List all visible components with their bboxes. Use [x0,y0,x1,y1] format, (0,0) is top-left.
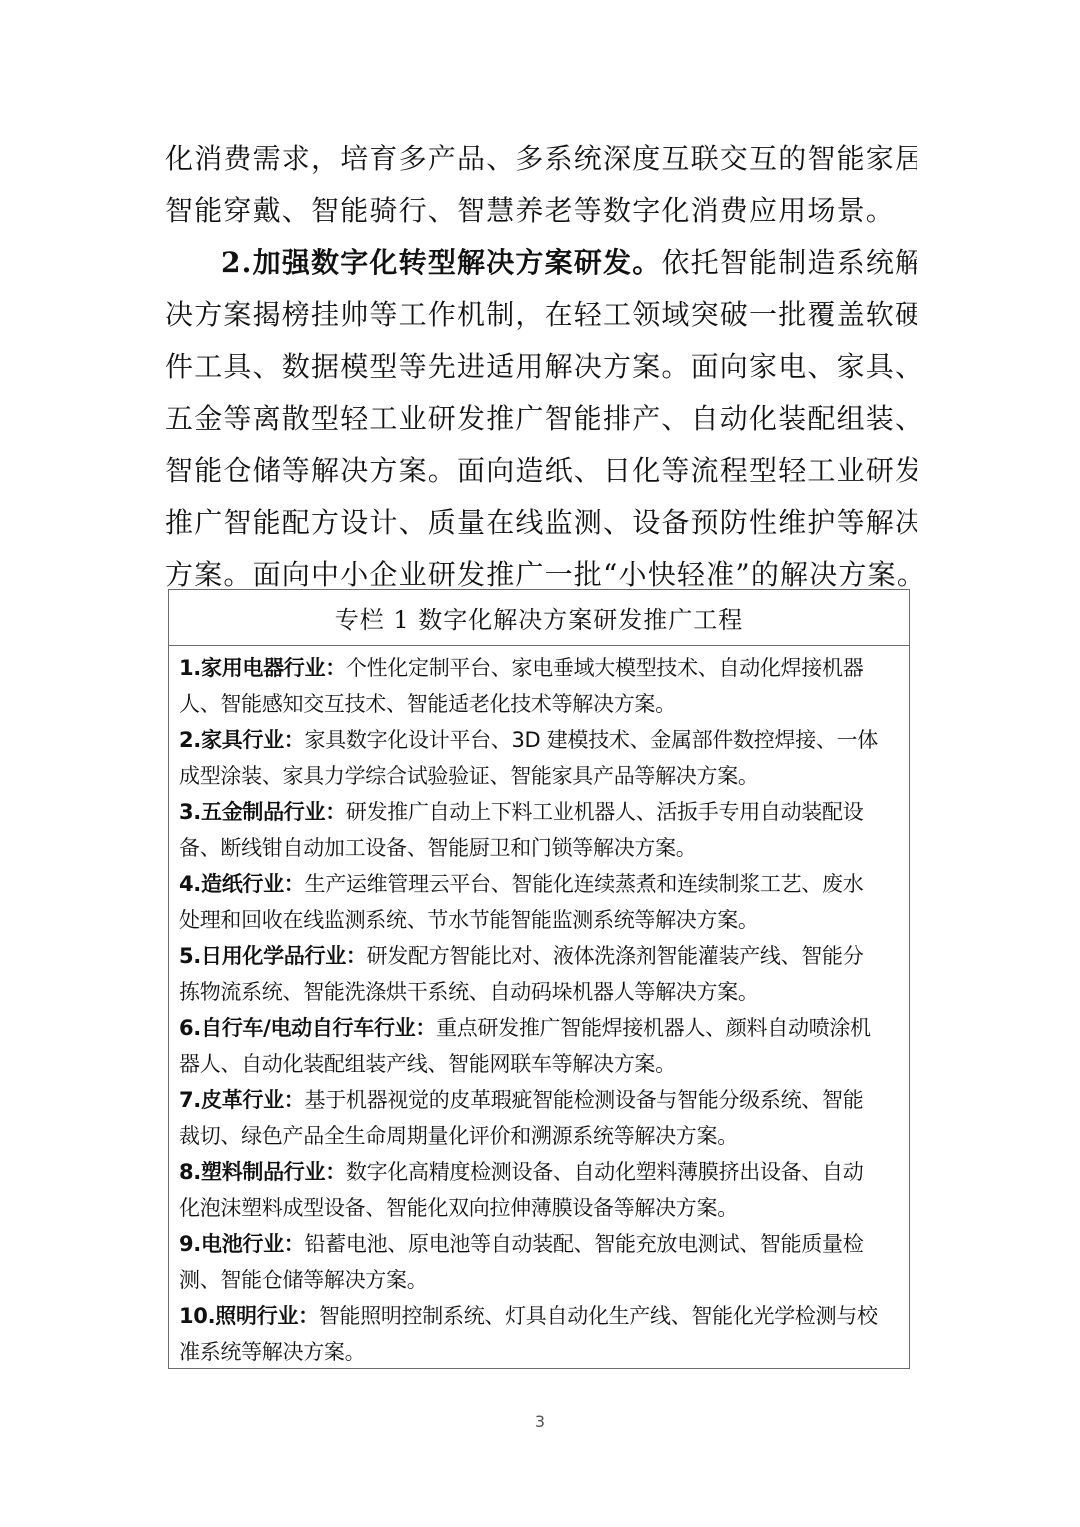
item-line: 拣物流系统、智能洗涤烘干系统、自动码垛机器人等解决方案。 [179,974,899,1010]
box-item: 1.家用电器行业：个性化定制平台、家电垂域大模型技术、自动化焊接机器 人、智能感… [179,650,899,722]
item-line: 9.电池行业：铅蓄电池、原电池等自动装配、智能充放电测试、智能质量检 [179,1226,899,1262]
item-lead: 1.家用电器行业： [179,656,346,680]
item-lead: 6.自行车/电动自行车行业： [179,1016,436,1040]
item-line: 化泡沫塑料成型设备、智能化双向拉伸薄膜设备等解决方案。 [179,1190,899,1226]
item-lead: 2.家具行业： [179,728,305,752]
item-line: 器人、自动化装配组装产线、智能网联车等解决方案。 [179,1046,899,1082]
item-text: 数字化高精度检测设备、自动化塑料薄膜挤出设备、自动 [346,1160,864,1184]
item-line: 8.塑料制品行业：数字化高精度检测设备、自动化塑料薄膜挤出设备、自动 [179,1154,899,1190]
box-item: 5.日用化学品行业：研发配方智能比对、液体洗涤剂智能灌装产线、智能分 拣物流系统… [179,938,899,1010]
item-line: 裁切、绿色产品全生命周期量化评价和溯源系统等解决方案。 [179,1118,899,1154]
item-line: 测、智能仓储等解决方案。 [179,1262,899,1298]
intro-paragraph: 化消费需求，培育多产品、多系统深度互联交互的智能家居、 智能穿戴、智能骑行、智慧… [165,133,917,237]
text-run: 依托智能制造系统解 [661,246,917,279]
item-line: 准系统等解决方案。 [179,1334,899,1370]
item-text: 智能照明控制系统、灯具自动化生产线、智能化光学检测与校 [319,1304,878,1328]
item-text: 研发推广自动上下料工业机器人、活扳手专用自动装配设 [346,800,864,824]
sidebar-box-column-1: 专栏 1 数字化解决方案研发推广工程 1.家用电器行业：个性化定制平台、家电垂域… [168,589,910,1369]
item-text: 基于机器视觉的皮革瑕疵智能检测设备与智能分级系统、智能 [305,1088,864,1112]
item-lead: 10.照明行业： [179,1304,319,1328]
item-line: 处理和回收在线监测系统、节水节能智能监测系统等解决方案。 [179,902,899,938]
box-item: 8.塑料制品行业：数字化高精度检测设备、自动化塑料薄膜挤出设备、自动 化泡沫塑料… [179,1154,899,1226]
item-lead: 5.日用化学品行业： [179,944,367,968]
section-2-paragraph: 2.加强数字化转型解决方案研发。依托智能制造系统解 决方案揭榜挂帅等工作机制，在… [165,237,917,601]
page-number: 3 [0,1412,1080,1431]
box-title: 专栏 1 数字化解决方案研发推广工程 [169,590,909,646]
document-page: 化消费需求，培育多产品、多系统深度互联交互的智能家居、 智能穿戴、智能骑行、智慧… [0,0,1080,1527]
item-text: 研发配方智能比对、液体洗涤剂智能灌装产线、智能分 [367,944,864,968]
item-line: 成型涂装、家具力学综合试验验证、智能家具产品等解决方案。 [179,758,899,794]
text-line: 件工具、数据模型等先进适用解决方案。面向家电、家具、 [165,341,917,393]
item-lead: 8.塑料制品行业： [179,1160,346,1184]
box-item: 6.自行车/电动自行车行业：重点研发推广智能焊接机器人、颜料自动喷涂机 器人、自… [179,1010,899,1082]
item-line: 备、断线钳自动加工设备、智能厨卫和门锁等解决方案。 [179,830,899,866]
item-lead: 9.电池行业： [179,1232,305,1256]
text-line: 推广智能配方设计、质量在线监测、设备预防性维护等解决 [165,497,917,549]
box-item: 7.皮革行业：基于机器视觉的皮革瑕疵智能检测设备与智能分级系统、智能 裁切、绿色… [179,1082,899,1154]
item-text: 个性化定制平台、家电垂域大模型技术、自动化焊接机器 [346,656,864,680]
item-lead: 4.造纸行业： [179,872,305,896]
box-item: 3.五金制品行业：研发推广自动上下料工业机器人、活扳手专用自动装配设 备、断线钳… [179,794,899,866]
box-item: 9.电池行业：铅蓄电池、原电池等自动装配、智能充放电测试、智能质量检 测、智能仓… [179,1226,899,1298]
item-line: 1.家用电器行业：个性化定制平台、家电垂域大模型技术、自动化焊接机器 [179,650,899,686]
text-line: 化消费需求，培育多产品、多系统深度互联交互的智能家居、 [165,133,917,185]
text-line: 2.加强数字化转型解决方案研发。依托智能制造系统解 [165,237,917,289]
item-line: 5.日用化学品行业：研发配方智能比对、液体洗涤剂智能灌装产线、智能分 [179,938,899,974]
section-heading: 2.加强数字化转型解决方案研发。 [221,246,661,279]
item-line: 6.自行车/电动自行车行业：重点研发推广智能焊接机器人、颜料自动喷涂机 [179,1010,899,1046]
item-line: 人、智能感知交互技术、智能适老化技术等解决方案。 [179,686,899,722]
item-line: 3.五金制品行业：研发推广自动上下料工业机器人、活扳手专用自动装配设 [179,794,899,830]
item-line: 10.照明行业：智能照明控制系统、灯具自动化生产线、智能化光学检测与校 [179,1298,899,1334]
item-lead: 7.皮革行业： [179,1088,305,1112]
item-text: 铅蓄电池、原电池等自动装配、智能充放电测试、智能质量检 [305,1232,864,1256]
item-lead: 3.五金制品行业： [179,800,346,824]
item-text: 生产运维管理云平台、智能化连续蒸煮和连续制浆工艺、废水 [305,872,864,896]
text-line: 五金等离散型轻工业研发推广智能排产、自动化装配组装、 [165,393,917,445]
item-text: 家具数字化设计平台、3D 建模技术、金属部件数控焊接、一体 [305,728,879,752]
item-line: 2.家具行业：家具数字化设计平台、3D 建模技术、金属部件数控焊接、一体 [179,722,899,758]
text-line: 智能穿戴、智能骑行、智慧养老等数字化消费应用场景。 [165,185,917,237]
box-item: 2.家具行业：家具数字化设计平台、3D 建模技术、金属部件数控焊接、一体 成型涂… [179,722,899,794]
box-item: 10.照明行业：智能照明控制系统、灯具自动化生产线、智能化光学检测与校 准系统等… [179,1298,899,1370]
text-line: 智能仓储等解决方案。面向造纸、日化等流程型轻工业研发 [165,445,917,497]
box-item: 4.造纸行业：生产运维管理云平台、智能化连续蒸煮和连续制浆工艺、废水 处理和回收… [179,866,899,938]
text-line: 决方案揭榜挂帅等工作机制，在轻工领域突破一批覆盖软硬 [165,289,917,341]
item-text: 重点研发推广智能焊接机器人、颜料自动喷涂机 [436,1016,871,1040]
item-line: 7.皮革行业：基于机器视觉的皮革瑕疵智能检测设备与智能分级系统、智能 [179,1082,899,1118]
item-line: 4.造纸行业：生产运维管理云平台、智能化连续蒸煮和连续制浆工艺、废水 [179,866,899,902]
box-item-list: 1.家用电器行业：个性化定制平台、家电垂域大模型技术、自动化焊接机器 人、智能感… [169,646,909,1370]
